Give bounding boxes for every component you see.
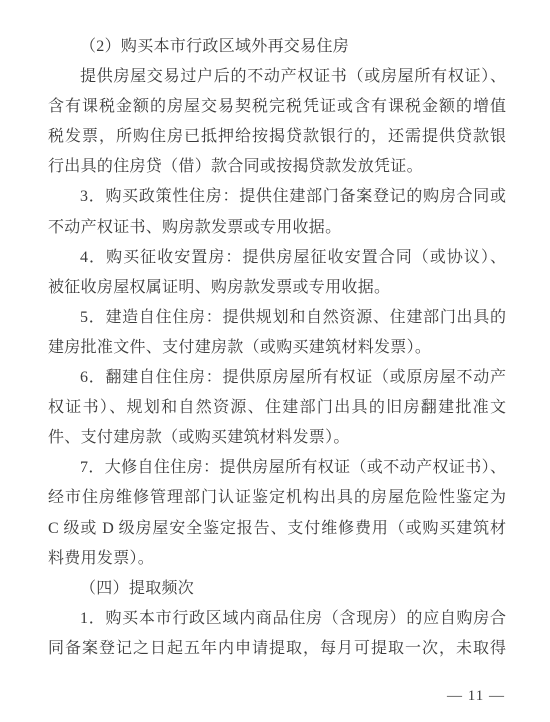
text-line: 件、支付建房款（或购买建筑材料发票）。 (48, 423, 506, 453)
text-line: 1．购买本市行政区域内商品住房（含现房）的应自购房合 (48, 604, 506, 634)
text-line: 5．建造自住住房：提供规划和自然资源、住建部门出具的 (48, 303, 506, 333)
page-number: — 11 — (447, 688, 505, 704)
document-page: （2）购买本市行政区域外再交易住房提供房屋交易过户后的不动产权证书（或房屋所有权… (0, 0, 550, 722)
text-line: 料费用发票）。 (48, 544, 506, 574)
text-line: 6．翻建自住住房：提供原房屋所有权证（或原房屋不动产 (48, 363, 506, 393)
text-line: 税发票，所购住房已抵押给按揭贷款银行的，还需提供贷款银 (48, 122, 506, 152)
text-line: 经市住房维修管理部门认证鉴定机构出具的房屋危险性鉴定为 (48, 483, 506, 513)
text-line: C 级或 D 级房屋安全鉴定报告、支付维修费用（或购买建筑材 (48, 514, 506, 544)
text-line: 被征收房屋权属证明、购房款发票或专用收据。 (48, 273, 506, 303)
text-line: 3．购买政策性住房：提供住建部门备案登记的购房合同或 (48, 182, 506, 212)
text-line: （四）提取频次 (48, 574, 506, 604)
text-line: 同备案登记之日起五年内申请提取，每月可提取一次，未取得 (48, 634, 506, 664)
text-line: 7．大修自住住房：提供房屋所有权证（或不动产权证书）、 (48, 453, 506, 483)
text-line: 建房批准文件、支付建房款（或购买建筑材料发票）。 (48, 333, 506, 363)
text-line: 提供房屋交易过户后的不动产权证书（或房屋所有权证）、 (48, 62, 506, 92)
text-line: （2）购买本市行政区域外再交易住房 (48, 32, 506, 62)
text-block: （2）购买本市行政区域外再交易住房提供房屋交易过户后的不动产权证书（或房屋所有权… (48, 32, 506, 664)
text-line: 含有课税金额的房屋交易契税完税凭证或含有课税金额的增值 (48, 92, 506, 122)
text-line: 不动产权证书、购房款发票或专用收据。 (48, 213, 506, 243)
text-line: 4．购买征收安置房：提供房屋征收安置合同（或协议）、 (48, 243, 506, 273)
text-line: 行出具的住房贷（借）款合同或按揭贷款发放凭证。 (48, 152, 506, 182)
text-line: 权证书）、规划和自然资源、住建部门出具的旧房翻建批准文 (48, 393, 506, 423)
